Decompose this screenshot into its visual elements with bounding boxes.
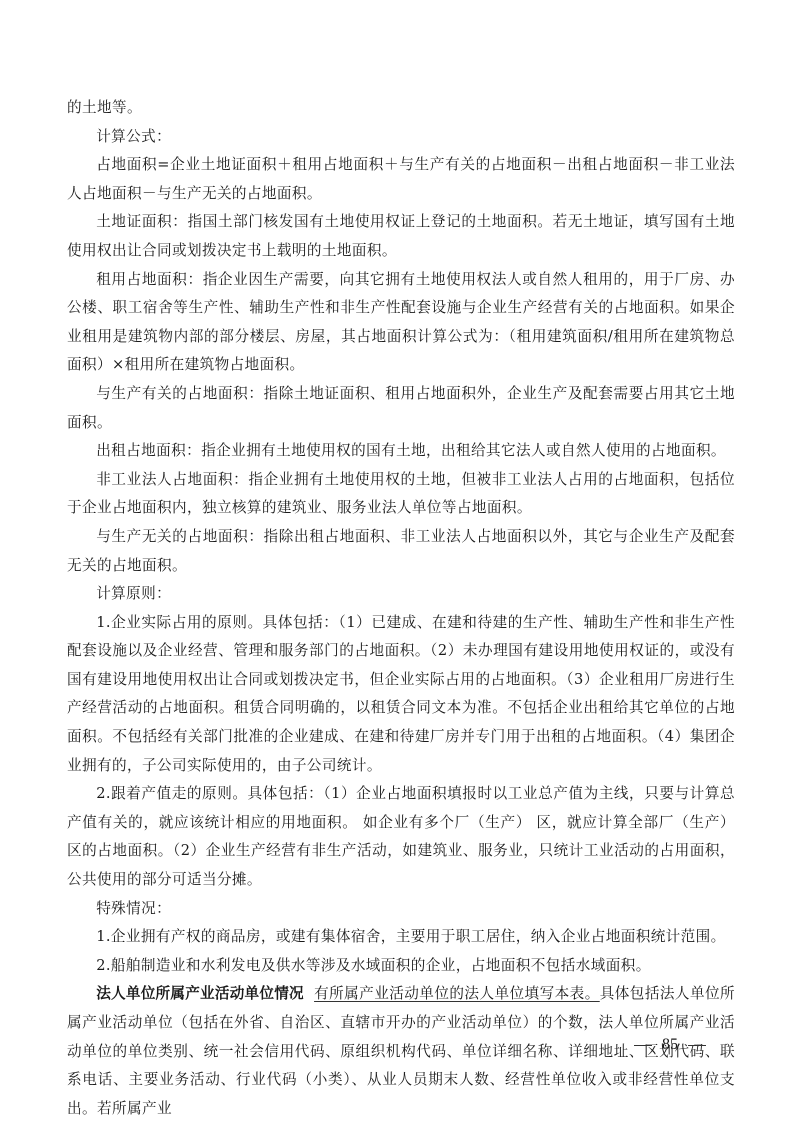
dash-left: [634, 1045, 652, 1046]
paragraph-continuation: 的土地等。: [67, 94, 735, 123]
paragraph-principle-2: 2.跟着产值走的原则。具体包括：（1）企业占地面积填报时以工业总产值为主线，只要…: [67, 780, 735, 894]
paragraph-leased-out-area: 出租占地面积：指企业拥有土地使用权的国有土地，出租给其它法人或自然人使用的占地面…: [67, 437, 735, 466]
paragraph-special-case-2: 2.船舶制造业和水利发电及供水等涉及水域面积的企业，占地面积不包括水域面积。: [67, 952, 735, 981]
dash-right: [688, 1045, 706, 1046]
paragraph-production-related-area: 与生产有关的占地面积：指除土地证面积、租用占地面积外，企业生产及配套需要占用其它…: [67, 380, 735, 437]
underlined-instruction: 有所属产业活动单位的法人单位填写本表。: [314, 985, 600, 1002]
paragraph-formula: 占地面积=企业土地证面积＋租用占地面积＋与生产有关的占地面积－出租占地面积－非工…: [67, 151, 735, 208]
paragraph-rented-area: 租用占地面积：指企业因生产需要，向其它拥有土地使用权法人或自然人租用的，用于厂房…: [67, 266, 735, 380]
heading-principles: 计算原则：: [67, 580, 735, 609]
paragraph-non-industrial-area: 非工业法人占地面积：指企业拥有土地使用权的土地，但被非工业法人占用的占地面积，包…: [67, 466, 735, 523]
paragraph-unrelated-area: 与生产无关的占地面积：指除出租占地面积、非工业法人占地面积以外，其它与企业生产及…: [67, 523, 735, 580]
heading-special-cases: 特殊情况：: [67, 895, 735, 924]
paragraph-special-case-1: 1.企业拥有产权的商品房，或建有集体宿舍，主要用于职工居住，纳入企业占地面积统计…: [67, 923, 735, 952]
heading-formula: 计算公式：: [67, 123, 735, 152]
section-heading-activity-units: 法人单位所属产业活动单位情况: [96, 985, 304, 1002]
page-footer: 85: [600, 1036, 740, 1054]
page-number: 85: [662, 1036, 678, 1053]
paragraph-land-certificate-area: 土地证面积：指国土部门核发国有土地使用权证上登记的土地面积。若无土地证，填写国有…: [67, 208, 735, 265]
document-body: 的土地等。 计算公式： 占地面积=企业土地证面积＋租用占地面积＋与生产有关的占地…: [67, 94, 735, 1122]
paragraph-principle-1: 1.企业实际占用的原则。具体包括：（1）已建成、在建和待建的生产性、辅助生产性和…: [67, 609, 735, 781]
